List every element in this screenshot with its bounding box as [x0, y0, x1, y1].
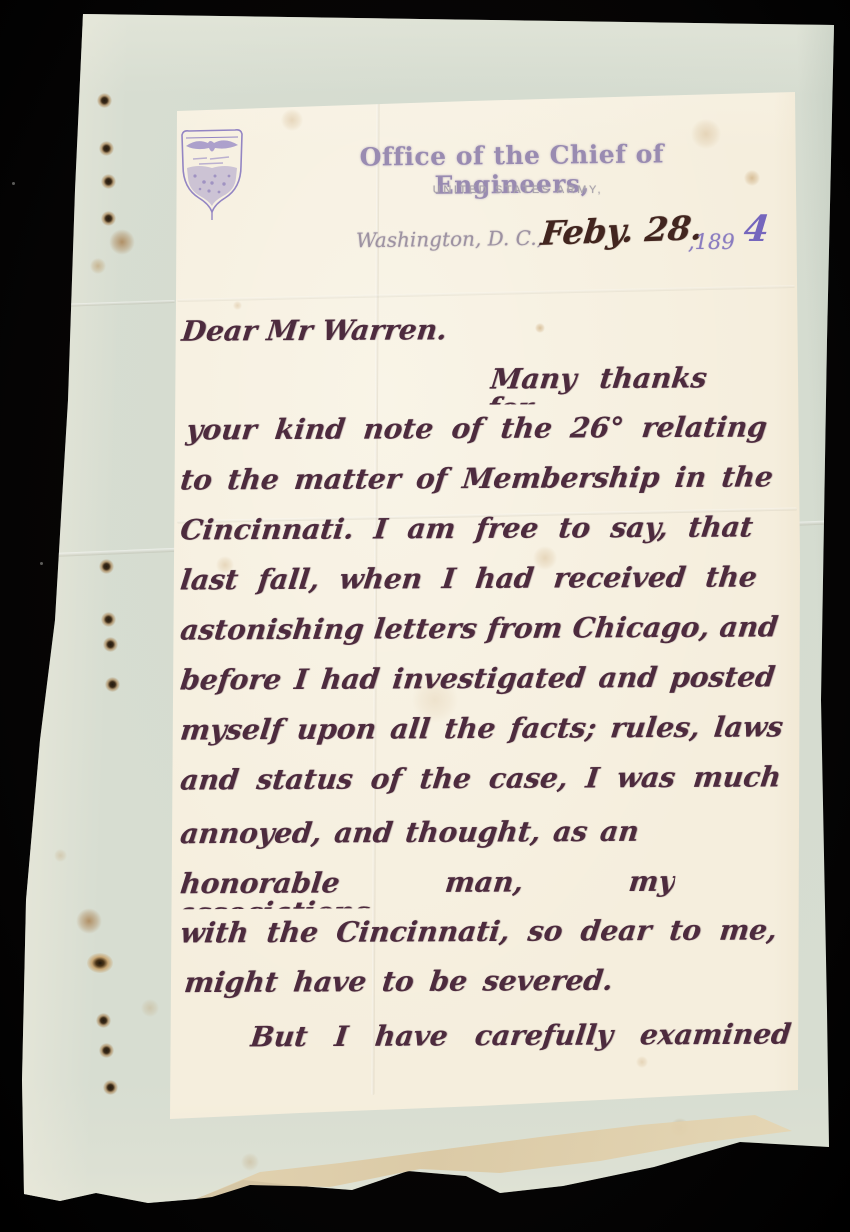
body-line: Many thanks for — [488, 363, 709, 404]
engineers-shield-stamp-icon — [179, 126, 245, 224]
stamp — [179, 126, 245, 224]
letter-photograph: Office of the Chief of Engineers, UNITED… — [0, 0, 850, 1232]
stitch-hole — [97, 93, 112, 108]
fold-crease — [177, 285, 795, 302]
stitch-hole — [99, 141, 114, 156]
body-line: your kind note of the 26° relating — [183, 412, 768, 455]
letterhead-place-line: Washington, D. C., — [356, 226, 543, 253]
stitch-hole — [101, 174, 116, 189]
stitch-hole — [96, 1013, 111, 1028]
body-line: with the Cincinnati, so dear to me, — [177, 915, 778, 958]
foxing-stain — [233, 301, 242, 310]
foxing-stain — [76, 908, 102, 934]
body-line: and status of the case, I was much — [177, 762, 782, 805]
foxing-stain — [281, 109, 303, 131]
stitch-hole — [101, 612, 116, 627]
body-line: astonishing letters from Chicago, and — [177, 612, 779, 655]
printed-year-prefix: ,189 — [688, 230, 735, 254]
salutation: Dear Mr Warren. — [180, 313, 449, 347]
foxing-stain — [54, 849, 67, 862]
stitch-hole — [103, 637, 118, 652]
dust-speck — [12, 182, 15, 185]
body-line: Cincinnati. I am free to say, that — [177, 513, 754, 556]
handwritten-year-digit: 4 — [742, 208, 771, 250]
letterhead-army-line: UNITED STATES ARMY, — [428, 184, 608, 196]
body-line: to the matter of Membership in the — [177, 462, 774, 505]
body-line: myself upon all the facts; rules, laws — [177, 712, 784, 755]
dust-speck — [40, 562, 43, 565]
foxing-stain — [109, 229, 135, 255]
foxing-stain — [141, 999, 159, 1017]
body-line: before I had investigated and posted — [177, 662, 776, 705]
foxing-stain — [241, 1153, 259, 1171]
fold-crease — [55, 300, 175, 307]
body-line: honorable man, my associations — [177, 867, 676, 910]
body-line: last fall, when I had received the — [177, 562, 758, 605]
stitch-hole — [105, 677, 120, 692]
stitch-hole — [103, 1080, 118, 1095]
stitch-hole — [101, 211, 116, 226]
body-line: annoyed, and thought, as an — [178, 817, 641, 859]
stitch-hole — [99, 1043, 114, 1058]
foxing-stain — [744, 170, 760, 186]
stitch-hole — [87, 953, 113, 973]
stitch-hole — [99, 559, 114, 574]
handwritten-date: Feby. 28. — [539, 208, 705, 253]
foxing-stain — [90, 258, 106, 274]
body-line: But I have carefully examined — [247, 1020, 792, 1063]
foxing-stain — [535, 323, 545, 333]
body-line: might have to be severed. — [182, 966, 615, 1008]
